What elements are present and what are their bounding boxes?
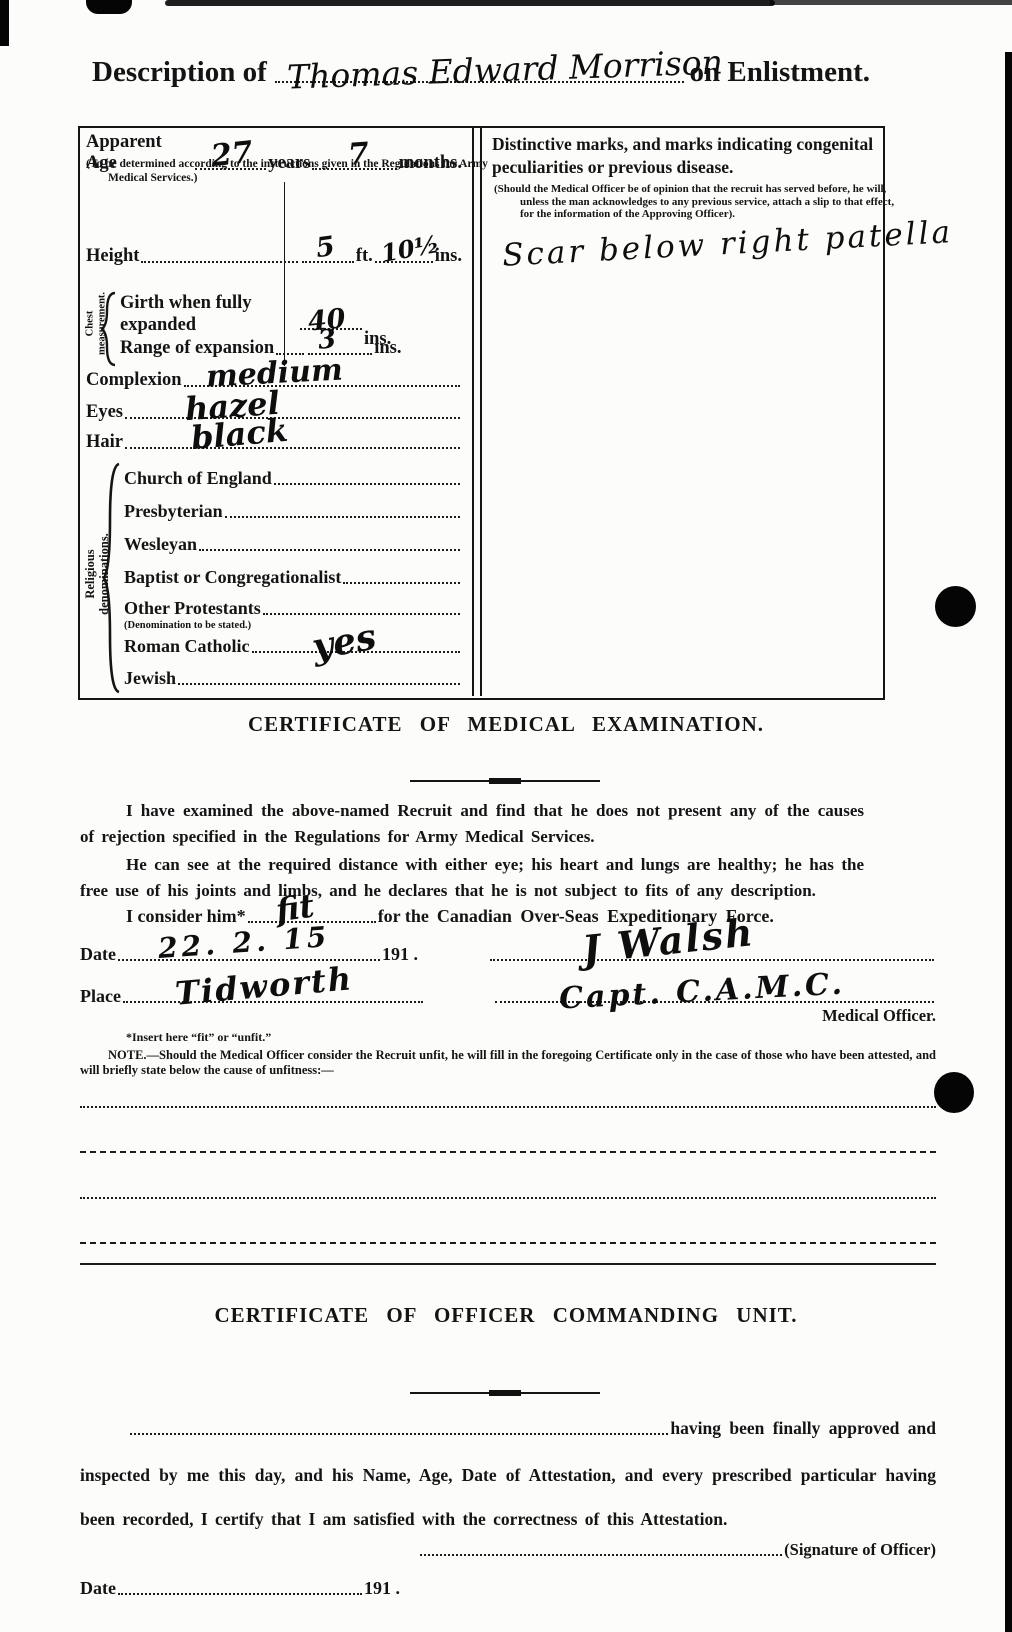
religion-row: Roman Catholic yes: [124, 636, 462, 657]
place-field: Tidworth: [123, 999, 423, 1003]
distinctive-marks-heading: Distinctive marks, and marks indicating …: [492, 133, 880, 179]
officer-signature-leader[interactable]: [420, 1552, 782, 1556]
hair-row: Hair black: [86, 432, 462, 453]
section-divider: [410, 1390, 600, 1396]
medical-paragraph-1: I have examined the above-named Recruit …: [80, 798, 864, 850]
bottom-date-row: Date 191 .: [80, 1578, 400, 1599]
form-title: Description of Thomas Edward Morrison on…: [92, 56, 870, 89]
expansion-label: Range of expansion: [120, 338, 274, 359]
religion-denomination-note: (Denomination to be stated.): [124, 620, 251, 631]
feet-label: ft.: [356, 246, 373, 267]
girth-row: Girth when fully expanded 40 ins.: [120, 292, 462, 336]
religion-label: Church of England: [124, 468, 272, 489]
column-divider: [472, 126, 482, 696]
bottom-year-label: 191 .: [364, 1578, 400, 1599]
religion-leader: [343, 580, 460, 584]
section-divider: [410, 778, 600, 784]
religion-row: Baptist or Congregationalist: [124, 567, 462, 588]
religion-leader: [225, 514, 460, 518]
place-handwriting: Tidworth: [174, 959, 355, 1012]
height-label: Height: [86, 246, 139, 267]
scan-artifact: [0, 0, 9, 46]
hair-label: Hair: [86, 432, 123, 453]
officer-para-line1: having been finally approved and: [128, 1418, 936, 1439]
religion-label: Roman Catholic: [124, 636, 250, 657]
medical-certificate-heading: CERTIFICATE OF MEDICAL EXAMINATION.: [78, 712, 934, 737]
bottom-date-label: Date: [80, 1578, 116, 1599]
height-feet-handwriting: 5: [314, 231, 337, 264]
religion-leader: [274, 481, 460, 485]
consider-prefix: I consider him*: [126, 906, 246, 927]
medical-signature-field: J Walsh: [490, 957, 934, 961]
bottom-date-leader[interactable]: [118, 1591, 362, 1595]
blank-line[interactable]: [80, 1104, 936, 1108]
punch-hole: [935, 586, 976, 627]
recruit-name-handwriting: Thomas Edward Morrison: [286, 42, 723, 96]
distinctive-marks-instructions: (Should the Medical Officer be of opinio…: [494, 183, 902, 221]
recruit-name-field: Thomas Edward Morrison: [275, 79, 684, 83]
religion-row: Church of England: [124, 468, 462, 489]
scan-artifact: [770, 0, 1012, 5]
roman-catholic-field: yes: [252, 649, 461, 653]
religion-row: Jewish: [124, 668, 462, 689]
officer-para-line2: inspected by me this day, and his Name, …: [80, 1462, 936, 1488]
date-row: Date 22. 2. 15 191 . J Walsh: [80, 944, 936, 965]
height-leader: [141, 259, 297, 263]
height-row: Height 5 ft. 10½ ins.: [86, 246, 462, 267]
approved-name-leader[interactable]: [130, 1431, 668, 1435]
complexion-field: medium: [184, 383, 460, 387]
height-feet-field: 5: [302, 259, 354, 263]
religion-row: Other Protestants: [124, 598, 462, 619]
height-inches-field: 10½: [375, 259, 433, 263]
blank-line[interactable]: [80, 1261, 936, 1265]
religion-leader: [263, 611, 460, 615]
apparent-age-instructions: (To be determined according to the instr…: [86, 158, 492, 185]
consider-row: I consider him* fit for the Canadian Ove…: [126, 906, 866, 927]
religion-label: Presbyterian: [124, 501, 223, 522]
religion-row: Wesleyan: [124, 534, 462, 555]
fit-footnote: *Insert here “fit” or “unfit.”: [126, 1030, 271, 1045]
officer-signature-caption: (Signature of Officer): [784, 1540, 936, 1560]
eyes-field: hazel: [125, 415, 460, 419]
religion-label: Jewish: [124, 668, 176, 689]
expansion-unit: ins.: [374, 338, 401, 359]
eyes-label: Eyes: [86, 402, 123, 423]
expansion-handwriting: 3: [317, 324, 338, 356]
religion-row: Presbyterian: [124, 501, 462, 522]
scan-artifact-right-edge: [1005, 52, 1012, 1632]
scan-artifact: [165, 0, 775, 6]
place-label: Place: [80, 986, 121, 1007]
punch-hole: [934, 1072, 974, 1113]
place-row: Place Tidworth Capt. C.A.M.C.: [80, 986, 936, 1007]
attestation-form-page: Description of Thomas Edward Morrison on…: [0, 0, 1012, 1632]
officer-para-line3: been recorded, I certify that I am satis…: [80, 1506, 936, 1532]
religion-brace: [103, 462, 121, 694]
medical-officer-label: Medical Officer.: [700, 1006, 936, 1026]
consider-connector: for the: [378, 906, 429, 927]
chest-brace: [101, 291, 117, 367]
officer-signature-row: (Signature of Officer): [418, 1540, 936, 1560]
religion-label: Baptist or Congregationalist: [124, 567, 341, 588]
hair-handwriting: black: [190, 411, 290, 457]
officer-line1-text: having been finally approved and: [670, 1418, 936, 1439]
blank-line[interactable]: [80, 1195, 936, 1199]
medical-paragraph-2: He can see at the required distance with…: [80, 852, 864, 904]
scan-artifact: [86, 0, 132, 14]
girth-label: Girth when fully expanded: [120, 292, 298, 336]
officer-certificate-heading: CERTIFICATE OF OFFICER COMMANDING UNIT.: [78, 1303, 934, 1328]
date-label: Date: [80, 944, 116, 965]
date-year-label: 191 .: [382, 944, 418, 965]
title-prefix: Description of: [92, 56, 267, 89]
unfit-note: NOTE.—Should the Medical Officer conside…: [80, 1048, 936, 1078]
religion-label: Other Protestants: [124, 598, 261, 619]
complexion-label: Complexion: [86, 370, 182, 391]
rank-field: Capt. C.A.M.C.: [495, 999, 934, 1003]
blank-line[interactable]: [80, 1240, 936, 1244]
religion-leader: [178, 681, 460, 685]
hair-field: black: [125, 445, 460, 449]
religion-label: Wesleyan: [124, 534, 197, 555]
blank-line[interactable]: [80, 1149, 936, 1153]
religion-leader: [199, 547, 460, 551]
